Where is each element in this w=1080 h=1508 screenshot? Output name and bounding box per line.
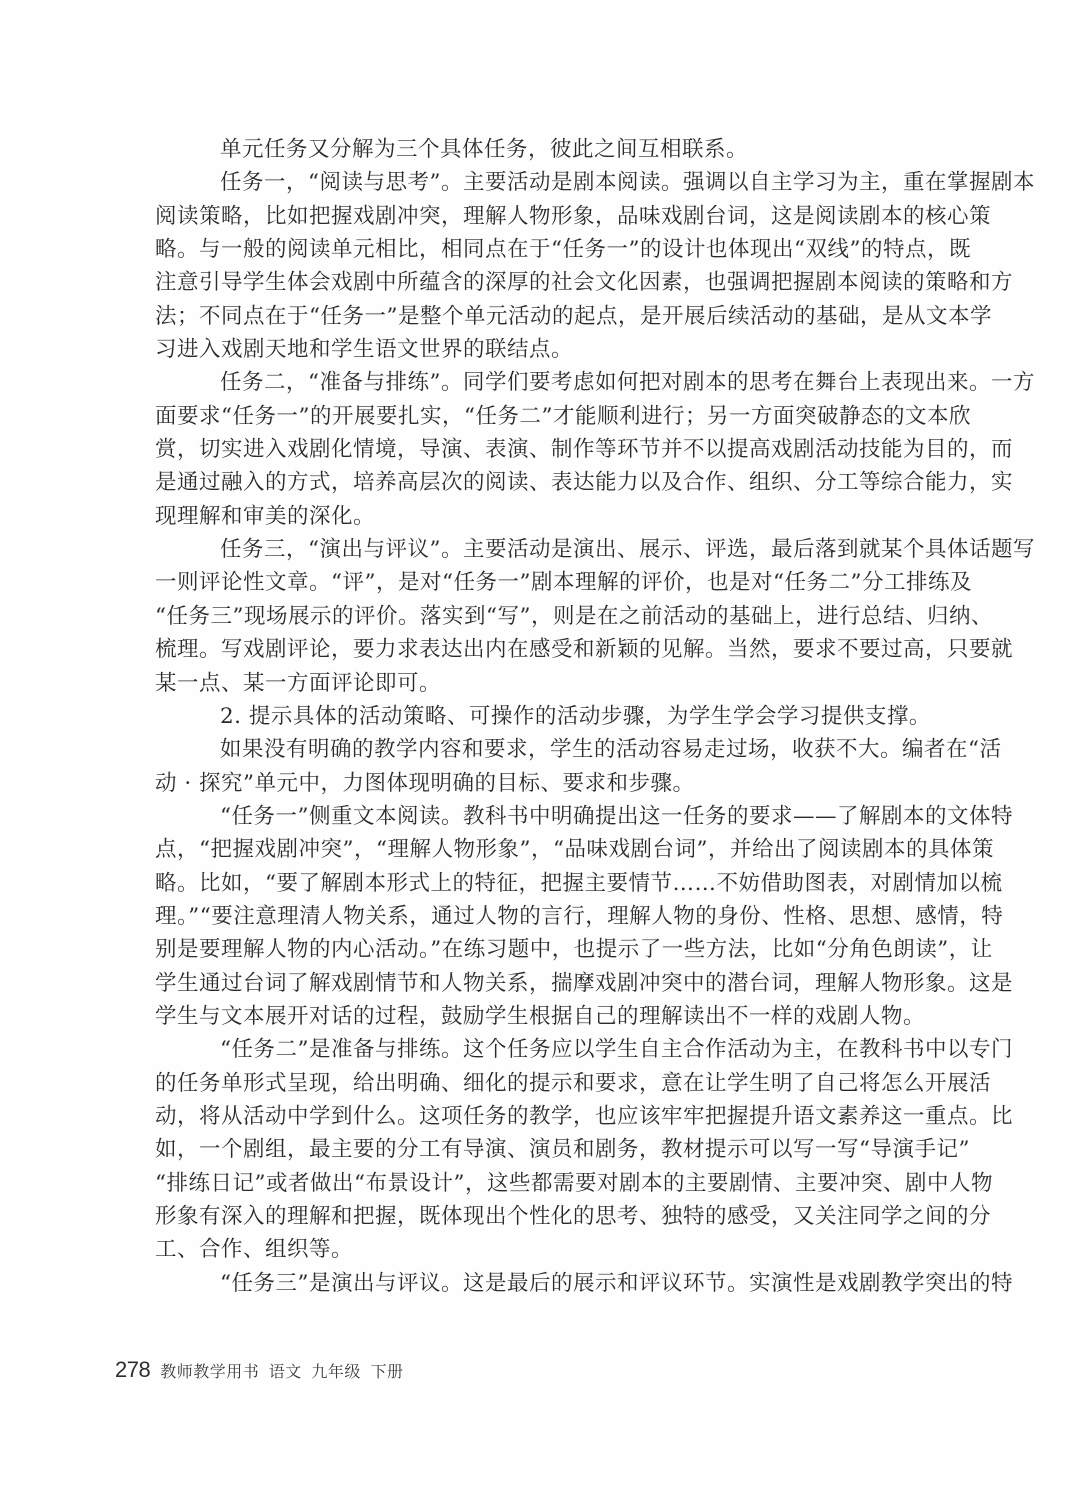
text-line: “任务一”侧重文本阅读。教科书中明确提出这一任务的要求——了解剧本的文体特 bbox=[112, 800, 927, 833]
text-line: 法；不同点在于“任务一”是整个单元活动的起点，是开展后续活动的基础，是从文本学 bbox=[112, 300, 927, 333]
text-line: “任务三”现场展示的评价。落实到“写”，则是在之前活动的基础上，进行总结、归纳、 bbox=[112, 600, 927, 633]
text-line: 略。与一般的阅读单元相比，相同点在于“任务一”的设计也体现出“双线”的特点，既 bbox=[112, 233, 927, 266]
text-line: 的任务单形式呈现，给出明确、细化的提示和要求，意在让学生明了自己将怎么开展活 bbox=[112, 1067, 927, 1100]
text-line: 学生通过台词了解戏剧情节和人物关系，揣摩戏剧冲突中的潜台词，理解人物形象。这是 bbox=[112, 967, 927, 1000]
section-heading-2: 2. 提示具体的活动策略、可操作的活动步骤，为学生学会学习提供支撑。 bbox=[112, 700, 927, 733]
paragraph-task-three: 任务三，“演出与评议”。主要活动是演出、展示、评选，最后落到就某个具体话题写 一… bbox=[112, 533, 927, 700]
text-line: 理。”“要注意理清人物关系，通过人物的言行，理解人物的身份、性格、思想、感情，特 bbox=[112, 900, 927, 933]
text-line: 别是要理解人物的内心活动。”在练习题中，也提示了一些方法，比如“分角色朗读”，让 bbox=[112, 933, 927, 966]
text-line: 点，“把握戏剧冲突”，“理解人物形象”，“品味戏剧台词”，并给出了阅读剧本的具体… bbox=[112, 833, 927, 866]
text-line: 2. 提示具体的活动策略、可操作的活动步骤，为学生学会学习提供支撑。 bbox=[112, 700, 927, 733]
paragraph-task-one: 任务一，“阅读与思考”。主要活动是剧本阅读。强调以自主学习为主，重在掌握剧本 阅… bbox=[112, 166, 927, 366]
paragraph-task-one-detail: “任务一”侧重文本阅读。教科书中明确提出这一任务的要求——了解剧本的文体特 点，… bbox=[112, 800, 927, 1033]
text-line: “任务二”是准备与排练。这个任务应以学生自主合作活动为主，在教科书中以专门 bbox=[112, 1033, 927, 1066]
text-line: 一则评论性文章。“评”，是对“任务一”剧本理解的评价，也是对“任务二”分工排练及 bbox=[112, 566, 927, 599]
text-line: 任务二，“准备与排练”。同学们要考虑如何把对剧本的思考在舞台上表现出来。一方 bbox=[112, 366, 927, 399]
text-line: 任务一，“阅读与思考”。主要活动是剧本阅读。强调以自主学习为主，重在掌握剧本 bbox=[112, 166, 927, 199]
paragraph-intro: 单元任务又分解为三个具体任务，彼此之间互相联系。 bbox=[112, 133, 927, 166]
text-line: 面要求“任务一”的开展要扎实，“任务二”才能顺利进行；另一方面突破静态的文本欣 bbox=[112, 400, 927, 433]
running-title: 教师教学用书 语文 九年级 下册 bbox=[160, 1359, 403, 1382]
textbook-page: 单元任务又分解为三个具体任务，彼此之间互相联系。 任务一，“阅读与思考”。主要活… bbox=[0, 0, 1080, 1508]
text-line: 如果没有明确的教学内容和要求，学生的活动容易走过场，收获不大。编者在“活 bbox=[112, 733, 927, 766]
text-line: 形象有深入的理解和把握，既体现出个性化的思考、独特的感受，又关注同学之间的分 bbox=[112, 1200, 927, 1233]
text-line: 动 · 探究”单元中，力图体现明确的目标、要求和步骤。 bbox=[112, 767, 927, 800]
text-line: 单元任务又分解为三个具体任务，彼此之间互相联系。 bbox=[112, 133, 927, 166]
text-line: 梳理。写戏剧评论，要力求表达出内在感受和新颖的见解。当然，要求不要过高，只要就 bbox=[112, 633, 927, 666]
body-text: 单元任务又分解为三个具体任务，彼此之间互相联系。 任务一，“阅读与思考”。主要活… bbox=[112, 133, 927, 1300]
paragraph-task-two-detail: “任务二”是准备与排练。这个任务应以学生自主合作活动为主，在教科书中以专门 的任… bbox=[112, 1033, 927, 1266]
text-line: 注意引导学生体会戏剧中所蕴含的深厚的社会文化因素，也强调把握剧本阅读的策略和方 bbox=[112, 266, 927, 299]
page-footer: 278 教师教学用书 语文 九年级 下册 bbox=[115, 1357, 403, 1383]
text-line: 习进入戏剧天地和学生语文世界的联结点。 bbox=[112, 333, 927, 366]
page-number: 278 bbox=[115, 1357, 150, 1383]
text-line: 任务三，“演出与评议”。主要活动是演出、展示、评选，最后落到就某个具体话题写 bbox=[112, 533, 927, 566]
text-line: 赏，切实进入戏剧化情境，导演、表演、制作等环节并不以提高戏剧活动技能为目的，而 bbox=[112, 433, 927, 466]
text-line: 工、合作、组织等。 bbox=[112, 1233, 927, 1266]
text-line: 是通过融入的方式，培养高层次的阅读、表达能力以及合作、组织、分工等综合能力，实 bbox=[112, 466, 927, 499]
text-line: 某一点、某一方面评论即可。 bbox=[112, 667, 927, 700]
text-line: 学生与文本展开对话的过程，鼓励学生根据自己的理解读出不一样的戏剧人物。 bbox=[112, 1000, 927, 1033]
text-line: 略。比如，“要了解剧本形式上的特征，把握主要情节……不妨借助图表，对剧情加以梳 bbox=[112, 867, 927, 900]
text-line: 现理解和审美的深化。 bbox=[112, 500, 927, 533]
text-line: “排练日记”或者做出“布景设计”，这些都需要对剧本的主要剧情、主要冲突、剧中人物 bbox=[112, 1167, 927, 1200]
paragraph-task-three-detail: “任务三”是演出与评议。这是最后的展示和评议环节。实演性是戏剧教学突出的特 bbox=[112, 1267, 927, 1300]
text-line: 如，一个剧组，最主要的分工有导演、演员和剧务，教材提示可以写一写“导演手记” bbox=[112, 1133, 927, 1166]
paragraph-task-two: 任务二，“准备与排练”。同学们要考虑如何把对剧本的思考在舞台上表现出来。一方 面… bbox=[112, 366, 927, 533]
text-line: 阅读策略，比如把握戏剧冲突，理解人物形象，品味戏剧台词，这是阅读剧本的核心策 bbox=[112, 200, 927, 233]
paragraph-activity-goals: 如果没有明确的教学内容和要求，学生的活动容易走过场，收获不大。编者在“活 动 ·… bbox=[112, 733, 927, 800]
text-line: 动，将从活动中学到什么。这项任务的教学，也应该牢牢把握提升语文素养这一重点。比 bbox=[112, 1100, 927, 1133]
text-line: “任务三”是演出与评议。这是最后的展示和评议环节。实演性是戏剧教学突出的特 bbox=[112, 1267, 927, 1300]
